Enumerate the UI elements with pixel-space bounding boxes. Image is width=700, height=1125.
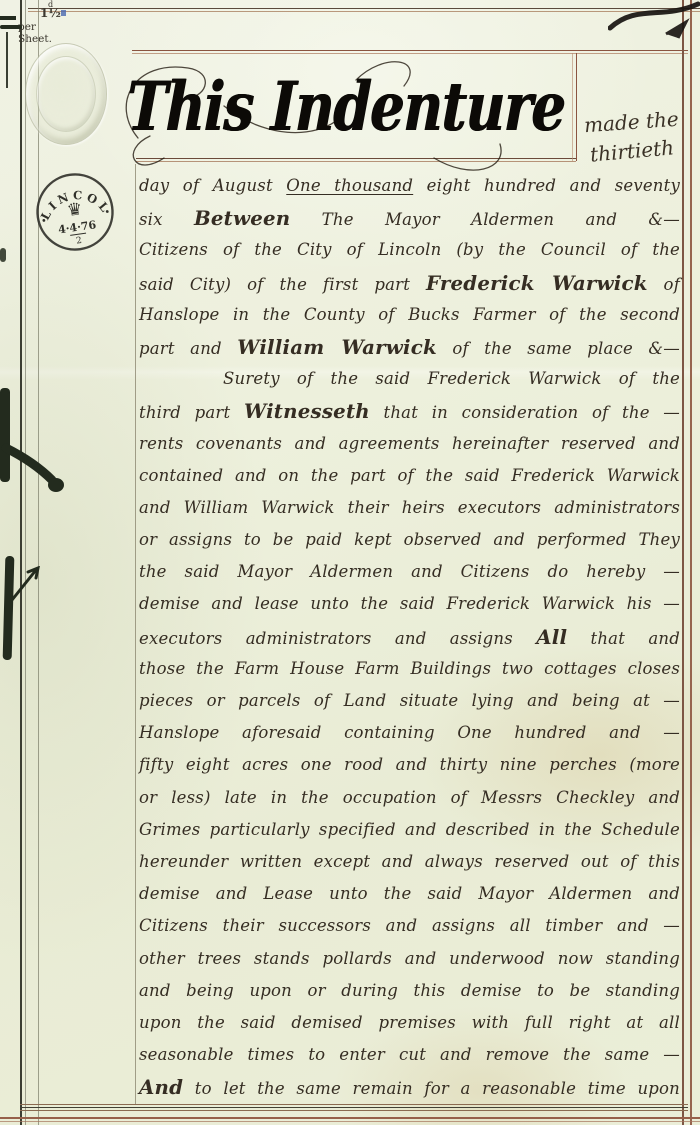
right-margin-line-2 (690, 0, 692, 1125)
manuscript-text: Surety of the said Frederick Warwick of … (223, 369, 680, 388)
body-margin-line (135, 164, 136, 1105)
manuscript-text: third part (139, 403, 244, 422)
manuscript-line: or less) late in the occupation of Messr… (139, 782, 680, 814)
manuscript-line: Hanslope in the County of Bucks Farmer o… (139, 299, 680, 331)
manuscript-text: All (536, 625, 567, 649)
manuscript-text: One thousand (286, 176, 413, 195)
document-scan: d 1½ per Sheet. LINCOLN ♛ 4·4·76 (0, 0, 700, 1125)
manuscript-line: contained and on the part of the said Fr… (139, 460, 680, 492)
manuscript-line: part and William Warwick of the same pla… (139, 331, 680, 363)
manuscript-text: to let the same remain for a reasonable … (183, 1079, 680, 1098)
lincoln-date-stamp: LINCOLN ♛ 4·4·76 2 (29, 166, 122, 259)
manuscript-text: Citizens of the City of Lincoln (by the … (139, 240, 680, 259)
manuscript-text: six (139, 210, 194, 229)
stamp-date-text: 4·4·76 (57, 218, 97, 236)
manuscript-text: upon the said demised premises with full… (139, 1013, 680, 1032)
manuscript-line: demise and lease unto the said Frederick… (139, 588, 680, 620)
manuscript-text: said City) of the first part (139, 275, 426, 294)
page-title: This Indenture (126, 66, 578, 146)
duty-unit: per Sheet. (18, 21, 52, 45)
manuscript-line: Grimes particularly specified and descri… (139, 814, 680, 846)
ribbon-mark-top-tail (6, 32, 8, 88)
ruled-line-top-2 (28, 11, 700, 12)
ribbon-mark-small (0, 248, 6, 262)
manuscript-text: the said Mayor Aldermen and Citizens do … (139, 562, 680, 581)
manuscript-line: Citizens of the City of Lincoln (by the … (139, 234, 680, 266)
manuscript-line: And to let the same remain for a reasona… (139, 1071, 680, 1103)
manuscript-line: other trees stands pollards and underwoo… (139, 943, 680, 975)
manuscript-text: Frederick Warwick (426, 271, 648, 295)
manuscript-text: and being upon or during this demise to … (139, 981, 680, 1000)
manuscript-line: demise and Lease unto the said Mayor Ald… (139, 878, 680, 910)
right-margin-line-1 (682, 0, 684, 1125)
heading-continuation-2: thirtieth (589, 135, 675, 166)
heading-continuation-1: made the (583, 107, 679, 138)
blue-cancel-mark (61, 10, 66, 16)
manuscript-line: the said Mayor Aldermen and Citizens do … (139, 556, 680, 588)
manuscript-text: pieces or parcels of Land situate lying … (139, 691, 680, 710)
ribbon-mark-top-bar-2 (0, 25, 22, 29)
manuscript-line: Surety of the said Frederick Warwick of … (139, 363, 680, 395)
left-margin-line-1 (20, 0, 22, 1125)
manuscript-text: Witnesseth (244, 399, 370, 423)
manuscript-text: seasonable times to enter cut and remove… (139, 1045, 680, 1064)
manuscript-text: demise and lease unto the said Frederick… (139, 594, 680, 613)
crown-icon: ♛ (66, 199, 84, 221)
manuscript-line: pieces or parcels of Land situate lying … (139, 685, 680, 717)
bottom-rule-4 (0, 1117, 700, 1119)
manuscript-line: hereunder written except and always rese… (139, 846, 680, 878)
ribbon-diagonal-stroke (0, 438, 70, 500)
manuscript-line: Hanslope aforesaid containing One hundre… (139, 717, 680, 749)
bottom-rule-1 (20, 1104, 688, 1105)
manuscript-text: those the Farm House Farm Buildings two … (139, 659, 680, 678)
ruled-line-top (28, 8, 700, 9)
ribbon-mark-top-bar-1 (0, 16, 16, 20)
manuscript-line: six Between The Mayor Aldermen and &— (139, 202, 680, 234)
manuscript-text: contained and on the part of the said Fr… (139, 466, 680, 485)
manuscript-text: that and (567, 629, 680, 648)
manuscript-line: seasonable times to enter cut and remove… (139, 1039, 680, 1071)
manuscript-text: Between (194, 206, 290, 230)
stamp-number-text: 2 (76, 236, 83, 247)
manuscript-text: of the same place &— (437, 339, 680, 358)
bottom-rule-3 (20, 1110, 688, 1111)
manuscript-text: The Mayor Aldermen and &— (290, 210, 680, 229)
manuscript-line: or assigns to be paid kept observed and … (139, 524, 680, 556)
manuscript-text: or assigns to be paid kept observed and … (139, 530, 680, 549)
manuscript-text: of (648, 275, 680, 294)
left-margin-line-2 (25, 0, 26, 1125)
manuscript-line: fifty eight acres one rood and thirty ni… (139, 749, 680, 781)
manuscript-text: hereunder written except and always rese… (139, 852, 680, 871)
manuscript-text: Hanslope in the County of Bucks Farmer o… (139, 305, 680, 324)
manuscript-line: those the Farm House Farm Buildings two … (139, 653, 680, 685)
manuscript-text: demise and Lease unto the said Mayor Ald… (139, 884, 680, 903)
manuscript-text: fifty eight acres one rood and thirty ni… (139, 755, 680, 774)
manuscript-line: executors administrators and assigns All… (139, 621, 680, 653)
embossed-seal (25, 43, 107, 145)
manuscript-line: said City) of the first part Frederick W… (139, 267, 680, 299)
manuscript-text: or less) late in the occupation of Messr… (139, 788, 680, 807)
manuscript-line: rents covenants and agreements hereinaft… (139, 428, 680, 460)
manuscript-line: and being upon or during this demise to … (139, 975, 680, 1007)
manuscript-text: executors administrators and assigns (139, 629, 536, 648)
bottom-rule-5 (0, 1121, 700, 1122)
manuscript-body: day of August One thousand eight hundred… (139, 170, 680, 1103)
manuscript-text: William Warwick (237, 335, 437, 359)
manuscript-text: day of August (139, 176, 286, 195)
manuscript-text: Grimes particularly specified and descri… (139, 820, 680, 839)
manuscript-text: And (139, 1075, 183, 1099)
manuscript-text: eight hundred and seventy (413, 176, 680, 195)
manuscript-text: that in consideration of the — (370, 403, 680, 422)
duty-value: 1½ (40, 6, 61, 20)
manuscript-text: Citizens their successors and assigns al… (139, 916, 680, 935)
manuscript-line: day of August One thousand eight hundred… (139, 170, 680, 202)
manuscript-line: and William Warwick their heirs executor… (139, 492, 680, 524)
manuscript-text: part and (139, 339, 237, 358)
manuscript-line: upon the said demised premises with full… (139, 1007, 680, 1039)
manuscript-line: Citizens their successors and assigns al… (139, 910, 680, 942)
manuscript-line: third part Witnesseth that in considerat… (139, 395, 680, 427)
manuscript-text: rents covenants and agreements hereinaft… (139, 434, 680, 453)
bottom-rule-2 (20, 1107, 688, 1108)
manuscript-text: and William Warwick their heirs executor… (139, 498, 680, 517)
manuscript-text: Hanslope aforesaid containing One hundre… (139, 723, 680, 742)
manuscript-text: other trees stands pollards and underwoo… (139, 949, 680, 968)
left-margin-line-3 (38, 0, 39, 1125)
ribbon-lower-barb (10, 566, 42, 602)
ink-flourish-top-right (608, 0, 700, 60)
